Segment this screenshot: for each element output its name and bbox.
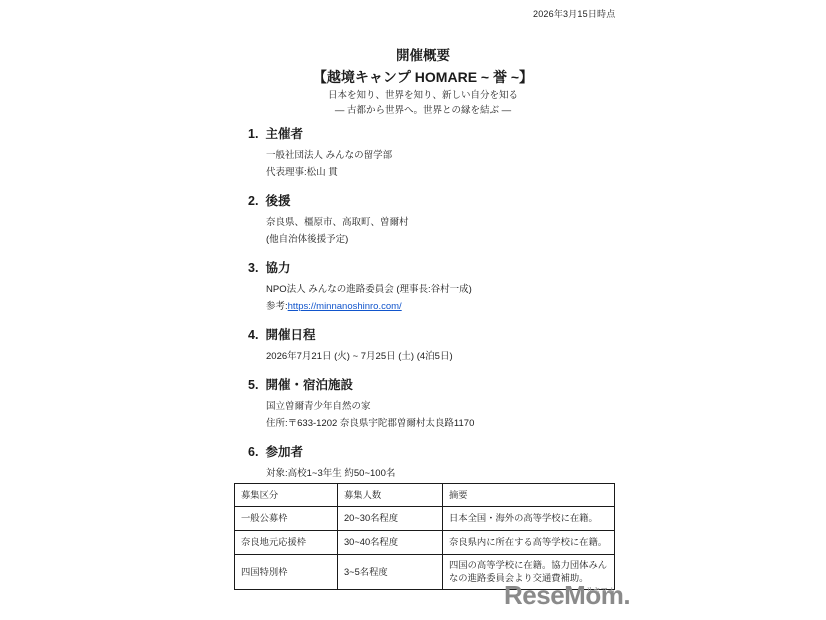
- section-number: 5.: [248, 377, 258, 394]
- date-note: 2026年3月15日時点: [533, 7, 615, 20]
- col-header-summary: 摘要: [443, 484, 615, 507]
- section-venue: 5.開催・宿泊施設 国立曽爾青少年自然の家 住所:〒633-1202 奈良県宇陀…: [248, 377, 668, 432]
- col-header-capacity: 募集人数: [338, 484, 443, 507]
- section-cooperation: 3.協力 NPO法人 みんなの進路委員会 (理事長:谷村一成) 参考:https…: [248, 260, 668, 315]
- section-text: 対象:高校1~3年生 約50~100名: [266, 465, 668, 482]
- section-text: (他自治体後援予定): [266, 231, 668, 248]
- recruitment-table: 募集区分 募集人数 摘要 一般公募枠 20~30名程度 日本全国・海外の高等学校…: [234, 483, 615, 590]
- section-heading: 2.後援: [248, 193, 668, 210]
- section-number: 2.: [248, 193, 258, 210]
- section-heading: 6.参加者: [248, 444, 668, 461]
- section-text: 住所:〒633-1202 奈良県宇陀郡曽爾村太良路1170: [266, 415, 668, 432]
- cell-category: 奈良地元応援枠: [235, 531, 338, 555]
- tagline-2: ― 古都から世界へ。世界との縁を結ぶ ―: [23, 103, 823, 118]
- section-heading: 3.協力: [248, 260, 668, 277]
- cell-category: 四国特別枠: [235, 555, 338, 590]
- reference-label: 参考:: [266, 301, 288, 312]
- reference-link[interactable]: https://minnanoshinro.com/: [288, 301, 402, 312]
- table-header-row: 募集区分 募集人数 摘要: [235, 484, 615, 507]
- page-title: 開催概要: [23, 46, 823, 66]
- resemom-logo-ruby: リセマム: [586, 578, 616, 604]
- table-row: 奈良地元応援枠 30~40名程度 奈良県内に所在する高等学校に在籍。: [235, 531, 615, 555]
- sections-list: 1.主催者 一般社団法人 みんなの留学部 代表理事:松山 貫 2.後援 奈良県、…: [248, 126, 668, 494]
- cell-capacity: 3~5名程度: [338, 555, 443, 590]
- page-subtitle: 【越境キャンプ HOMARE ~ 誉 ~】: [23, 66, 823, 88]
- section-title: 主催者: [265, 127, 303, 141]
- section-organizer: 1.主催者 一般社団法人 みんなの留学部 代表理事:松山 貫: [248, 126, 668, 181]
- document-page: 2026年3月15日時点 開催概要 【越境キャンプ HOMARE ~ 誉 ~】 …: [0, 0, 826, 620]
- cell-summary: 日本全国・海外の高等学校に在籍。: [443, 507, 615, 531]
- section-text: NPO法人 みんなの進路委員会 (理事長:谷村一成): [266, 281, 668, 298]
- reference-line: 参考:https://minnanoshinro.com/: [266, 298, 668, 315]
- section-supporters: 2.後援 奈良県、橿原市、高取町、曽爾村 (他自治体後援予定): [248, 193, 668, 248]
- section-number: 4.: [248, 327, 258, 344]
- section-text: 2026年7月21日 (火) ~ 7月25日 (土) (4泊5日): [266, 348, 668, 365]
- resemom-logo: リセマムReseMom.: [504, 582, 630, 613]
- section-heading: 1.主催者: [248, 126, 668, 143]
- section-participants: 6.参加者 対象:高校1~3年生 約50~100名: [248, 444, 668, 482]
- table-row: 一般公募枠 20~30名程度 日本全国・海外の高等学校に在籍。: [235, 507, 615, 531]
- section-text: 国立曽爾青少年自然の家: [266, 398, 668, 415]
- section-number: 1.: [248, 126, 258, 143]
- title-block: 開催概要 【越境キャンプ HOMARE ~ 誉 ~】 日本を知り、世界を知り、新…: [23, 46, 823, 118]
- cell-capacity: 20~30名程度: [338, 507, 443, 531]
- tagline-1: 日本を知り、世界を知り、新しい自分を知る: [23, 88, 823, 103]
- section-title: 協力: [265, 261, 290, 275]
- cell-capacity: 30~40名程度: [338, 531, 443, 555]
- col-header-category: 募集区分: [235, 484, 338, 507]
- section-text: 一般社団法人 みんなの留学部: [266, 147, 668, 164]
- section-number: 6.: [248, 444, 258, 461]
- section-schedule: 4.開催日程 2026年7月21日 (火) ~ 7月25日 (土) (4泊5日): [248, 327, 668, 365]
- resemom-logo-dot: .: [623, 580, 630, 610]
- cell-summary: 奈良県内に所在する高等学校に在籍。: [443, 531, 615, 555]
- section-number: 3.: [248, 260, 258, 277]
- section-title: 後援: [265, 194, 290, 208]
- section-heading: 4.開催日程: [248, 327, 668, 344]
- section-heading: 5.開催・宿泊施設: [248, 377, 668, 394]
- section-title: 開催日程: [265, 328, 315, 342]
- cell-category: 一般公募枠: [235, 507, 338, 531]
- section-text: 奈良県、橿原市、高取町、曽爾村: [266, 214, 668, 231]
- section-title: 参加者: [265, 445, 303, 459]
- section-title: 開催・宿泊施設: [265, 378, 353, 392]
- section-text: 代表理事:松山 貫: [266, 164, 668, 181]
